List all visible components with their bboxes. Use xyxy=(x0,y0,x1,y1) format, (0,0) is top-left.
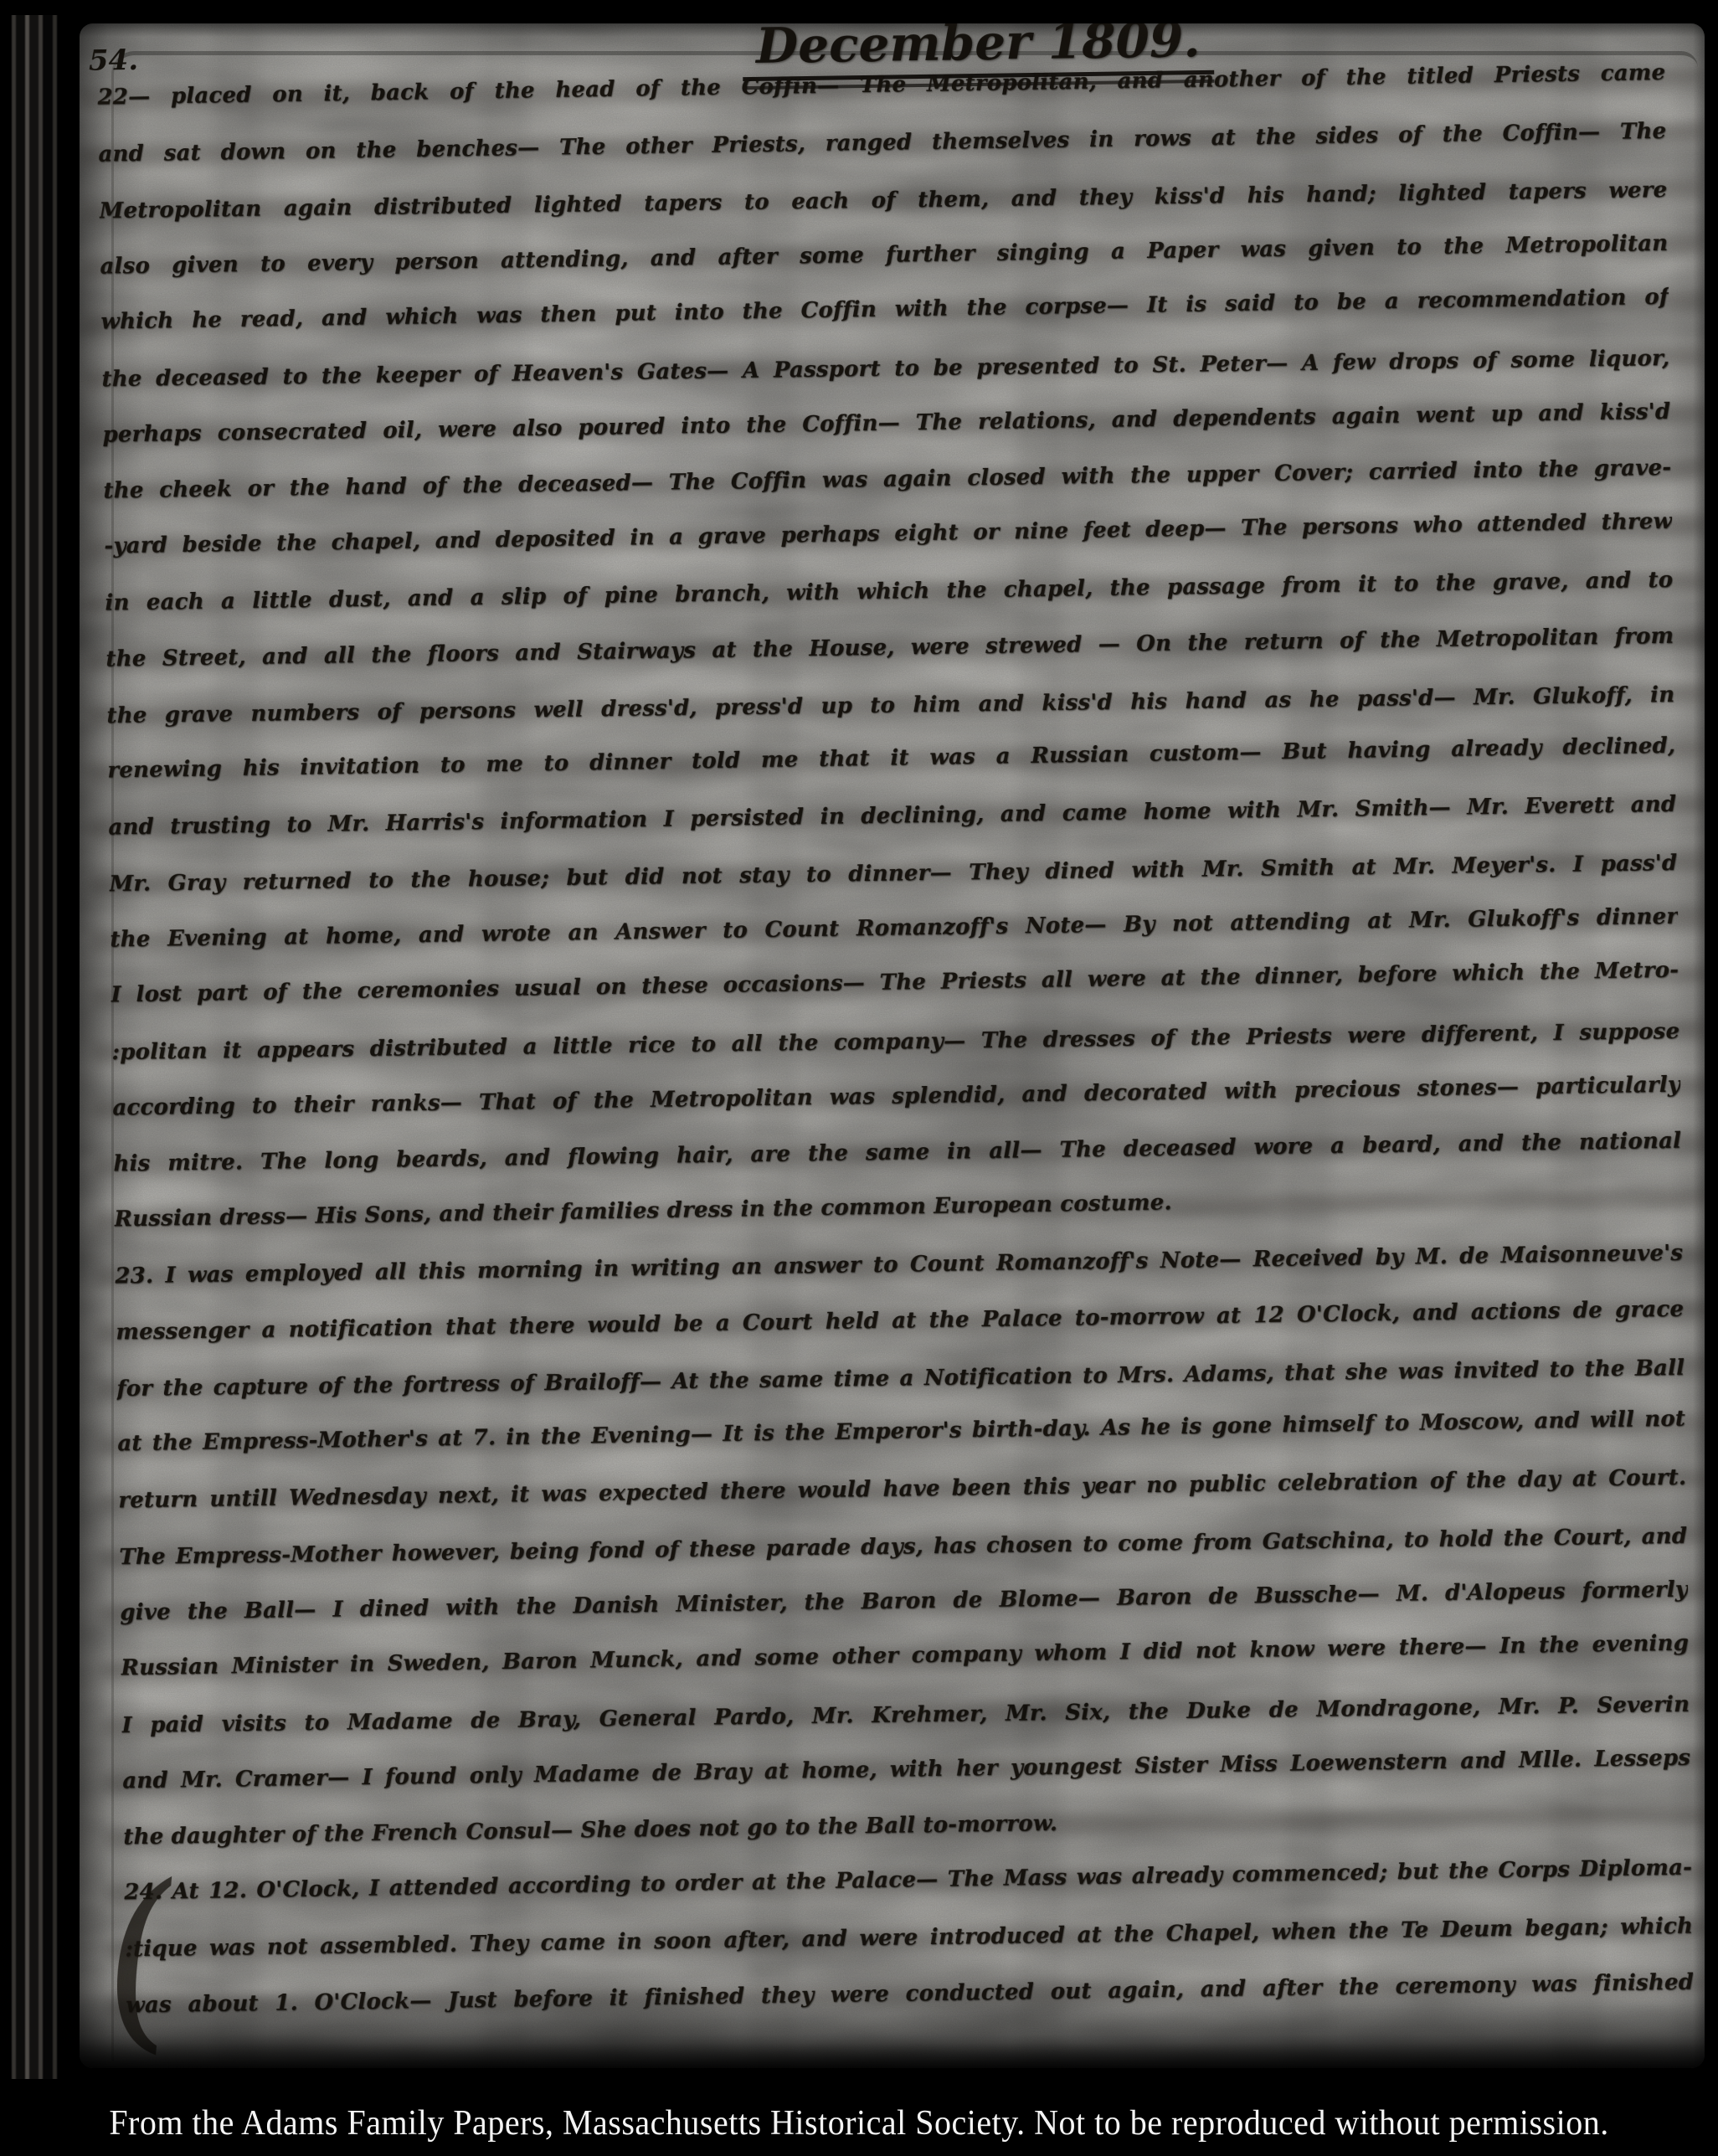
ink-layer: 54. December 1809. 22— placed on it, bac… xyxy=(80,23,1705,2068)
archive-caption: From the Adams Family Papers, Massachuse… xyxy=(109,2101,1608,2143)
archive-caption-bar: From the Adams Family Papers, Massachuse… xyxy=(0,2087,1718,2156)
book-spine xyxy=(3,15,82,2079)
manuscript-lines: 22— placed on it, back of the head of th… xyxy=(97,49,1695,2036)
scanned-diary-page: 54. December 1809. 22— placed on it, bac… xyxy=(0,0,1718,2156)
manuscript-page: 54. December 1809. 22— placed on it, bac… xyxy=(80,23,1705,2068)
page-bottom-shadow xyxy=(80,1993,1705,2068)
